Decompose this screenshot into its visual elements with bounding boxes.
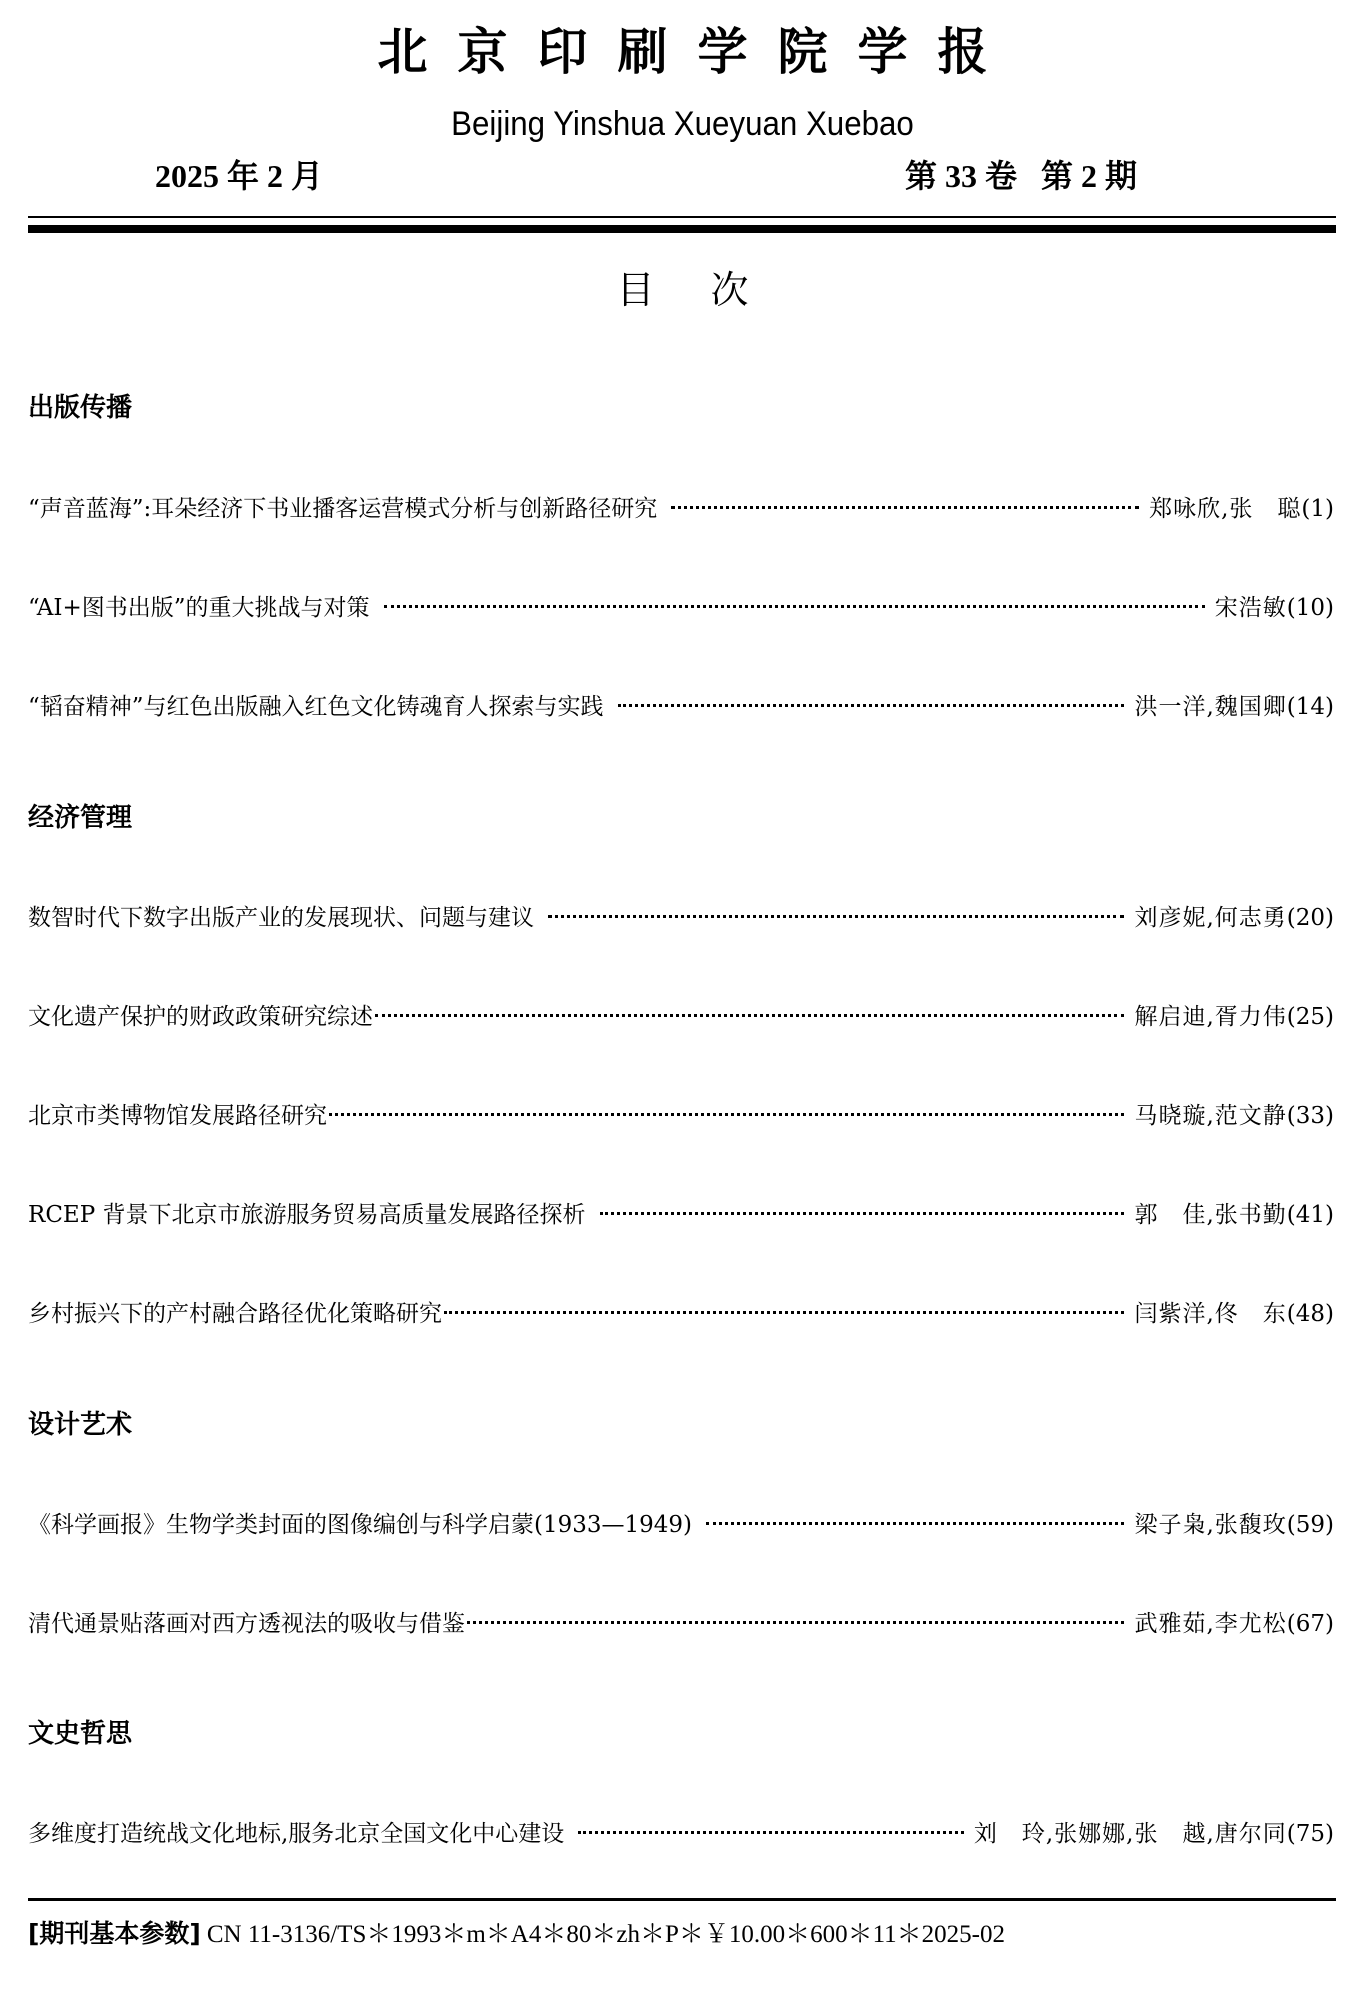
parameters-label: [期刊基本参数] [28, 1919, 201, 1948]
toc-entry[interactable]: “声音蓝海”:耳朵经济下书业播客运营模式分析与创新路径研究 郑咏欣,张 聪 (1… [28, 494, 1334, 524]
section-title: 出版传播 [28, 392, 132, 424]
toc-entry[interactable]: 乡村振兴下的产村融合路径优化策略研究 闫紫洋,佟 东 (48) [28, 1299, 1334, 1329]
dot-leader [444, 1311, 1124, 1314]
dot-leader [375, 1014, 1124, 1017]
toc-entry[interactable]: 数智时代下数字出版产业的发展现状、问题与建议 刘彦妮,何志勇 (20) [28, 903, 1334, 933]
dot-leader [329, 1113, 1124, 1116]
volume-issue: 第 33 卷 第 2 期 [905, 156, 1137, 196]
toc-entry[interactable]: 清代通景贴落画对西方透视法的吸收与借鉴 武雅茹,李尤松 (67) [28, 1609, 1334, 1639]
entry-title[interactable]: 清代通景贴落画对西方透视法的吸收与借鉴 [28, 1609, 465, 1639]
dot-leader [600, 1212, 1125, 1215]
section-title: 经济管理 [28, 802, 132, 834]
entry-authors: 洪一洋,魏国卿 [1134, 692, 1286, 722]
dot-leader [618, 704, 1125, 707]
entry-page: (33) [1287, 1101, 1334, 1131]
entry-title[interactable]: 北京市类博物馆发展路径研究 [28, 1101, 327, 1131]
entry-page: (48) [1287, 1299, 1334, 1329]
footer-rule [28, 1898, 1336, 1901]
entry-title[interactable]: “声音蓝海”:耳朵经济下书业播客运营模式分析与创新路径研究 [28, 494, 657, 524]
dot-leader [548, 915, 1124, 918]
header-rule-thin [28, 216, 1336, 218]
entry-authors: 闫紫洋,佟 东 [1134, 1299, 1286, 1329]
issue-date: 2025 年 2 月 [155, 156, 323, 196]
toc-entry[interactable]: 文化遗产保护的财政政策研究综述 解启迪,胥力伟 (25) [28, 1002, 1334, 1032]
entry-authors: 马晓璇,范文静 [1134, 1101, 1286, 1131]
entry-authors: 郭 佳,张书勤 [1134, 1200, 1286, 1230]
parameters-value: CN 11-3136/TS＊1993＊m＊A4＊80＊zh＊P＊￥10.00＊6… [207, 1921, 1005, 1948]
entry-authors: 刘彦妮,何志勇 [1134, 903, 1286, 933]
entry-page: (75) [1287, 1819, 1334, 1849]
section-title: 文史哲思 [28, 1718, 132, 1750]
entry-title[interactable]: 数智时代下数字出版产业的发展现状、问题与建议 [28, 903, 534, 933]
toc-entry[interactable]: “韬奋精神”与红色出版融入红色文化铸魂育人探索与实践 洪一洋,魏国卿 (14) [28, 692, 1334, 722]
header-rule-thick [28, 225, 1336, 233]
entry-page: (10) [1287, 593, 1334, 623]
entry-title[interactable]: 《科学画报》生物学类封面的图像编创与科学启蒙(1933—1949) [28, 1510, 692, 1540]
entry-page: (1) [1301, 494, 1334, 524]
dot-leader [671, 506, 1139, 509]
dot-leader [578, 1831, 964, 1834]
dot-leader [467, 1621, 1124, 1624]
toc-entry[interactable]: 北京市类博物馆发展路径研究 马晓璇,范文静 (33) [28, 1101, 1334, 1131]
entry-title[interactable]: “韬奋精神”与红色出版融入红色文化铸魂育人探索与实践 [28, 692, 604, 722]
entry-title[interactable]: 乡村振兴下的产村融合路径优化策略研究 [28, 1299, 442, 1329]
journal-title: 北京印刷学院学报 [0, 22, 1365, 82]
journal-pinyin: Beijing Yinshua Xueyuan Xuebao [55, 104, 1311, 144]
entry-page: (14) [1287, 692, 1334, 722]
entry-title[interactable]: 多维度打造统战文化地标,服务北京全国文化中心建设 [28, 1819, 564, 1849]
entry-page: (25) [1287, 1002, 1334, 1032]
toc-entry[interactable]: 《科学画报》生物学类封面的图像编创与科学启蒙(1933—1949) 梁子枭,张馥… [28, 1510, 1334, 1540]
entry-page: (41) [1287, 1200, 1334, 1230]
toc-entry[interactable]: 多维度打造统战文化地标,服务北京全国文化中心建设 刘 玲,张娜娜,张 越,唐尔同… [28, 1819, 1334, 1849]
entry-page: (59) [1287, 1510, 1334, 1540]
entry-authors: 刘 玲,张娜娜,张 越,唐尔同 [974, 1819, 1287, 1849]
dot-leader [706, 1522, 1124, 1525]
entry-authors: 郑咏欣,张 聪 [1149, 494, 1301, 524]
entry-authors: 解启迪,胥力伟 [1134, 1002, 1286, 1032]
entry-title[interactable]: RCEP 背景下北京市旅游服务贸易高质量发展路径探析 [28, 1200, 586, 1230]
entry-authors: 武雅茹,李尤松 [1134, 1609, 1286, 1639]
toc-heading: 目次 [0, 268, 1365, 312]
toc-entry[interactable]: “AI+图书出版”的重大挑战与对策 宋浩敏 (10) [28, 593, 1334, 623]
entry-title[interactable]: 文化遗产保护的财政政策研究综述 [28, 1002, 373, 1032]
journal-parameters: [期刊基本参数]CN 11-3136/TS＊1993＊m＊A4＊80＊zh＊P＊… [28, 1918, 1005, 1951]
entry-page: (20) [1287, 903, 1334, 933]
dot-leader [384, 605, 1205, 608]
entry-authors: 梁子枭,张馥玫 [1134, 1510, 1286, 1540]
entry-page: (67) [1287, 1609, 1334, 1639]
entry-authors: 宋浩敏 [1215, 593, 1287, 623]
section-title: 设计艺术 [28, 1409, 132, 1441]
toc-entry[interactable]: RCEP 背景下北京市旅游服务贸易高质量发展路径探析 郭 佳,张书勤 (41) [28, 1200, 1334, 1230]
entry-title[interactable]: “AI+图书出版”的重大挑战与对策 [28, 593, 370, 623]
